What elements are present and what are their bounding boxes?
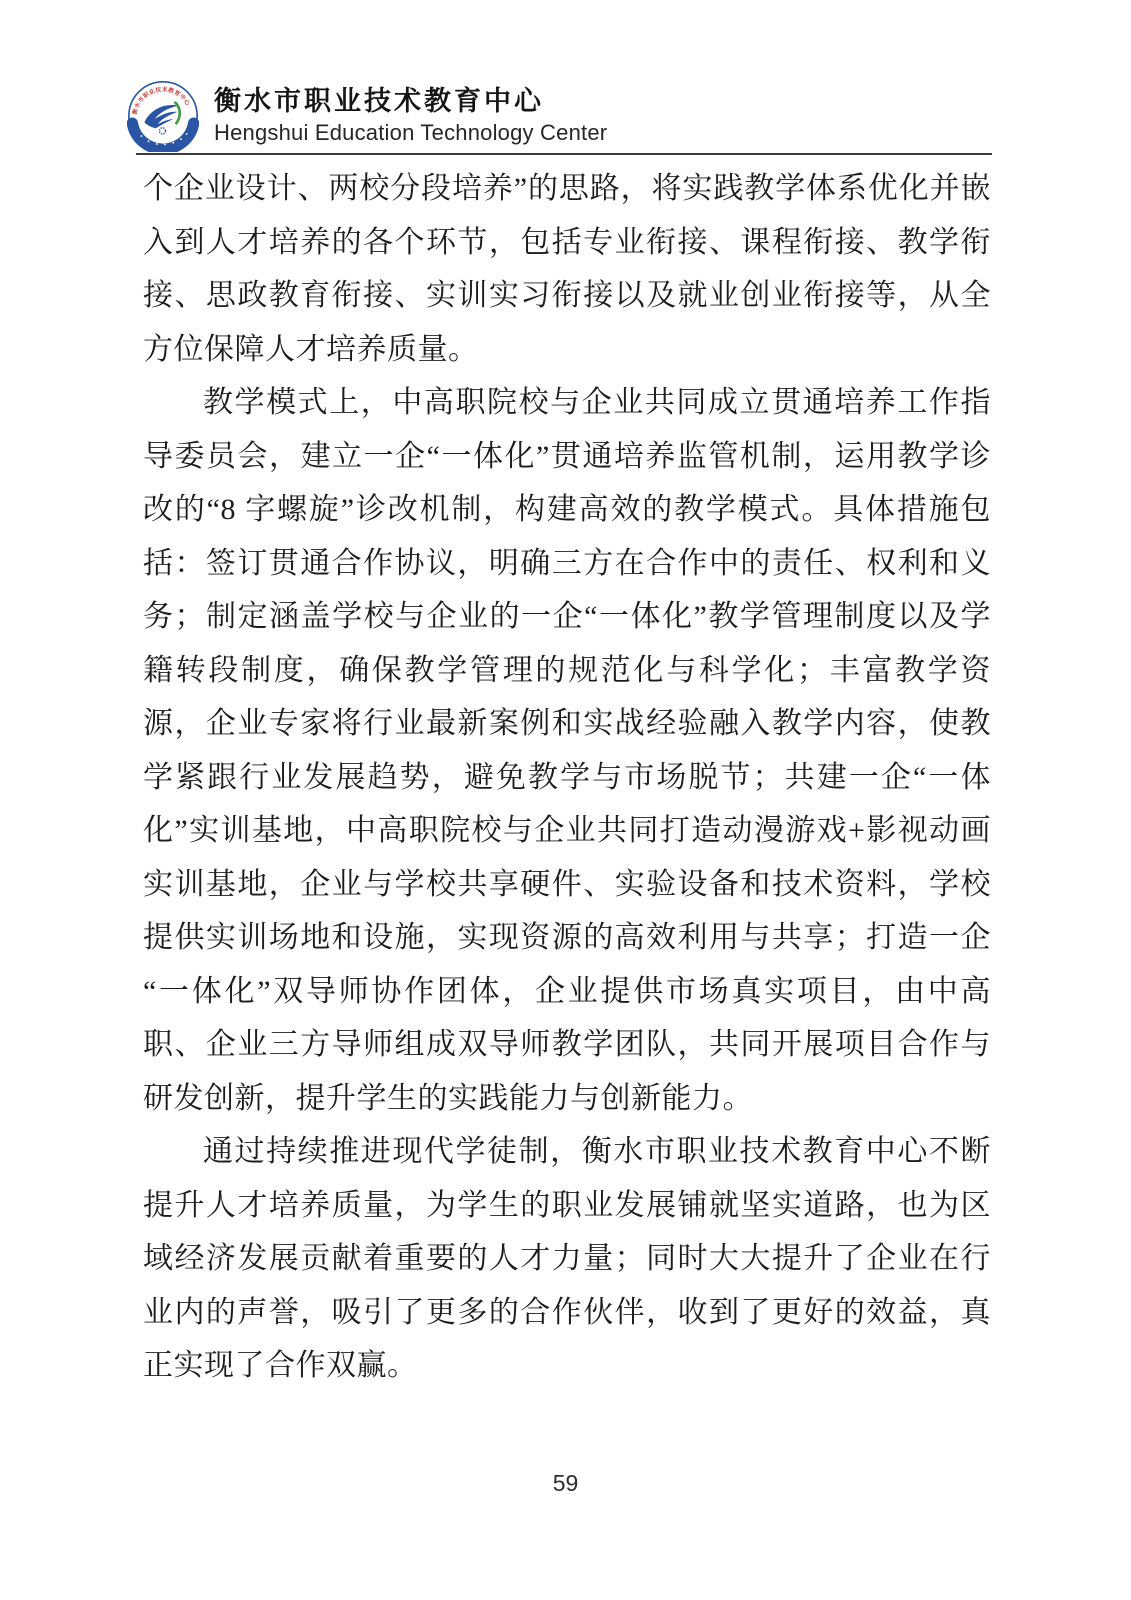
- page-footer: 59: [0, 1470, 1131, 1497]
- document-page: 衡水市职业技术教育中心 衡水市职业技术教育中心 Hengshui Educati…: [0, 0, 1131, 1600]
- header-titles: 衡水市职业技术教育中心 Hengshui Education Technolog…: [214, 86, 607, 146]
- org-name-en: Hengshui Education Technology Center: [214, 120, 607, 146]
- page-number: 59: [553, 1470, 579, 1496]
- school-logo-icon: 衡水市职业技术教育中心: [127, 80, 199, 152]
- paragraph-conclusion: 通过持续推进现代学徒制，衡水市职业技术教育中心不断提升人才培养质量，为学生的职业…: [143, 1125, 991, 1393]
- paragraph-teaching-mode: 教学模式上，中高职院校与企业共同成立贯通培养工作指导委员会，建立一企“一体化”贯…: [143, 376, 991, 1125]
- document-body: 个企业设计、两校分段培养”的思路，将实践教学体系优化并嵌入到人才培养的各个环节，…: [143, 162, 991, 1393]
- paragraph-continuation: 个企业设计、两校分段培养”的思路，将实践教学体系优化并嵌入到人才培养的各个环节，…: [143, 162, 991, 376]
- school-logo: 衡水市职业技术教育中心: [127, 80, 199, 152]
- page-header: 衡水市职业技术教育中心 衡水市职业技术教育中心 Hengshui Educati…: [127, 80, 607, 152]
- org-name-zh: 衡水市职业技术教育中心: [214, 86, 607, 117]
- header-divider: [136, 153, 992, 155]
